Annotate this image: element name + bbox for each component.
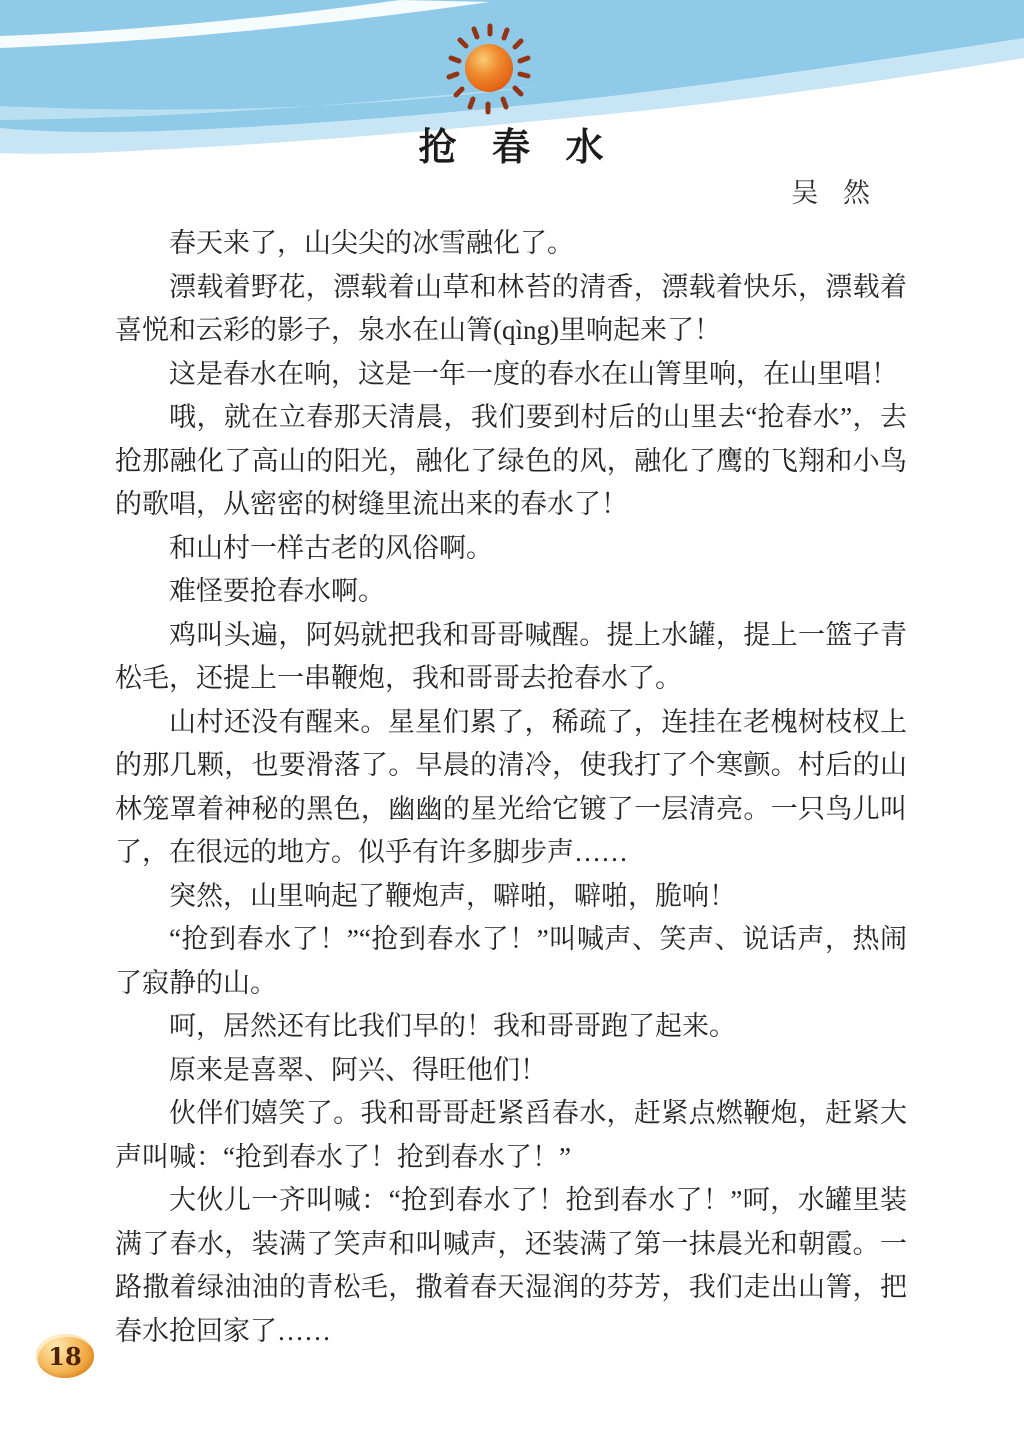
paragraph: 原来是喜翠、阿兴、得旺他们！ <box>115 1049 907 1093</box>
article-text: 春天来了，山尖尖的冰雪融化了。漂载着野花，漂载着山草和林苔的清香，漂载着快乐，漂… <box>115 222 907 1353</box>
textbook-page: 抢 春 水 吴 然 春天来了，山尖尖的冰雪融化了。漂载着野花，漂载着山草和林苔的… <box>0 0 1024 1439</box>
paragraph: 春天来了，山尖尖的冰雪融化了。 <box>115 222 907 266</box>
paragraph: 大伙儿一齐叫喊：“抢到春水了！抢到春水了！”呵，水罐里装满了春水，装满了笑声和叫… <box>115 1179 907 1353</box>
paragraph: 突然，山里响起了鞭炮声，噼啪，噼啪，脆响！ <box>115 875 907 919</box>
page-number-badge: 18 <box>36 1334 94 1378</box>
page-title: 抢 春 水 <box>0 126 1024 170</box>
paragraph: 呵，居然还有比我们早的！我和哥哥跑了起来。 <box>115 1005 907 1049</box>
paragraph: 哦，就在立春那天清晨，我们要到村后的山里去“抢春水”，去抢那融化了高山的阳光，融… <box>115 396 907 527</box>
paragraph: 和山村一样古老的风俗啊。 <box>115 527 907 571</box>
paragraph: 漂载着野花，漂载着山草和林苔的清香，漂载着快乐，漂载着喜悦和云彩的影子，泉水在山… <box>115 266 907 353</box>
paragraph: 鸡叫头遍，阿妈就把我和哥哥喊醒。提上水罐，提上一篮子青松毛，还提上一串鞭炮，我和… <box>115 614 907 701</box>
paragraph: 难怪要抢春水啊。 <box>115 570 907 614</box>
paragraph: 这是春水在响，这是一年一度的春水在山箐里响，在山里唱！ <box>115 353 907 397</box>
author-name: 吴 然 <box>0 178 872 208</box>
paragraph: “抢到春水了！”“抢到春水了！”叫喊声、笑声、说话声，热闹了寂静的山。 <box>115 918 907 1005</box>
paragraph: 山村还没有醒来。星星们累了，稀疏了，连挂在老槐树枝杈上的那几颗，也要滑落了。早晨… <box>115 701 907 875</box>
page-number: 18 <box>48 1342 81 1371</box>
paragraph: 伙伴们嬉笑了。我和哥哥赶紧舀春水，赶紧点燃鞭炮，赶紧大声叫喊：“抢到春水了！抢到… <box>115 1092 907 1179</box>
page-content: 抢 春 水 吴 然 春天来了，山尖尖的冰雪融化了。漂载着野花，漂载着山草和林苔的… <box>0 0 1024 1353</box>
